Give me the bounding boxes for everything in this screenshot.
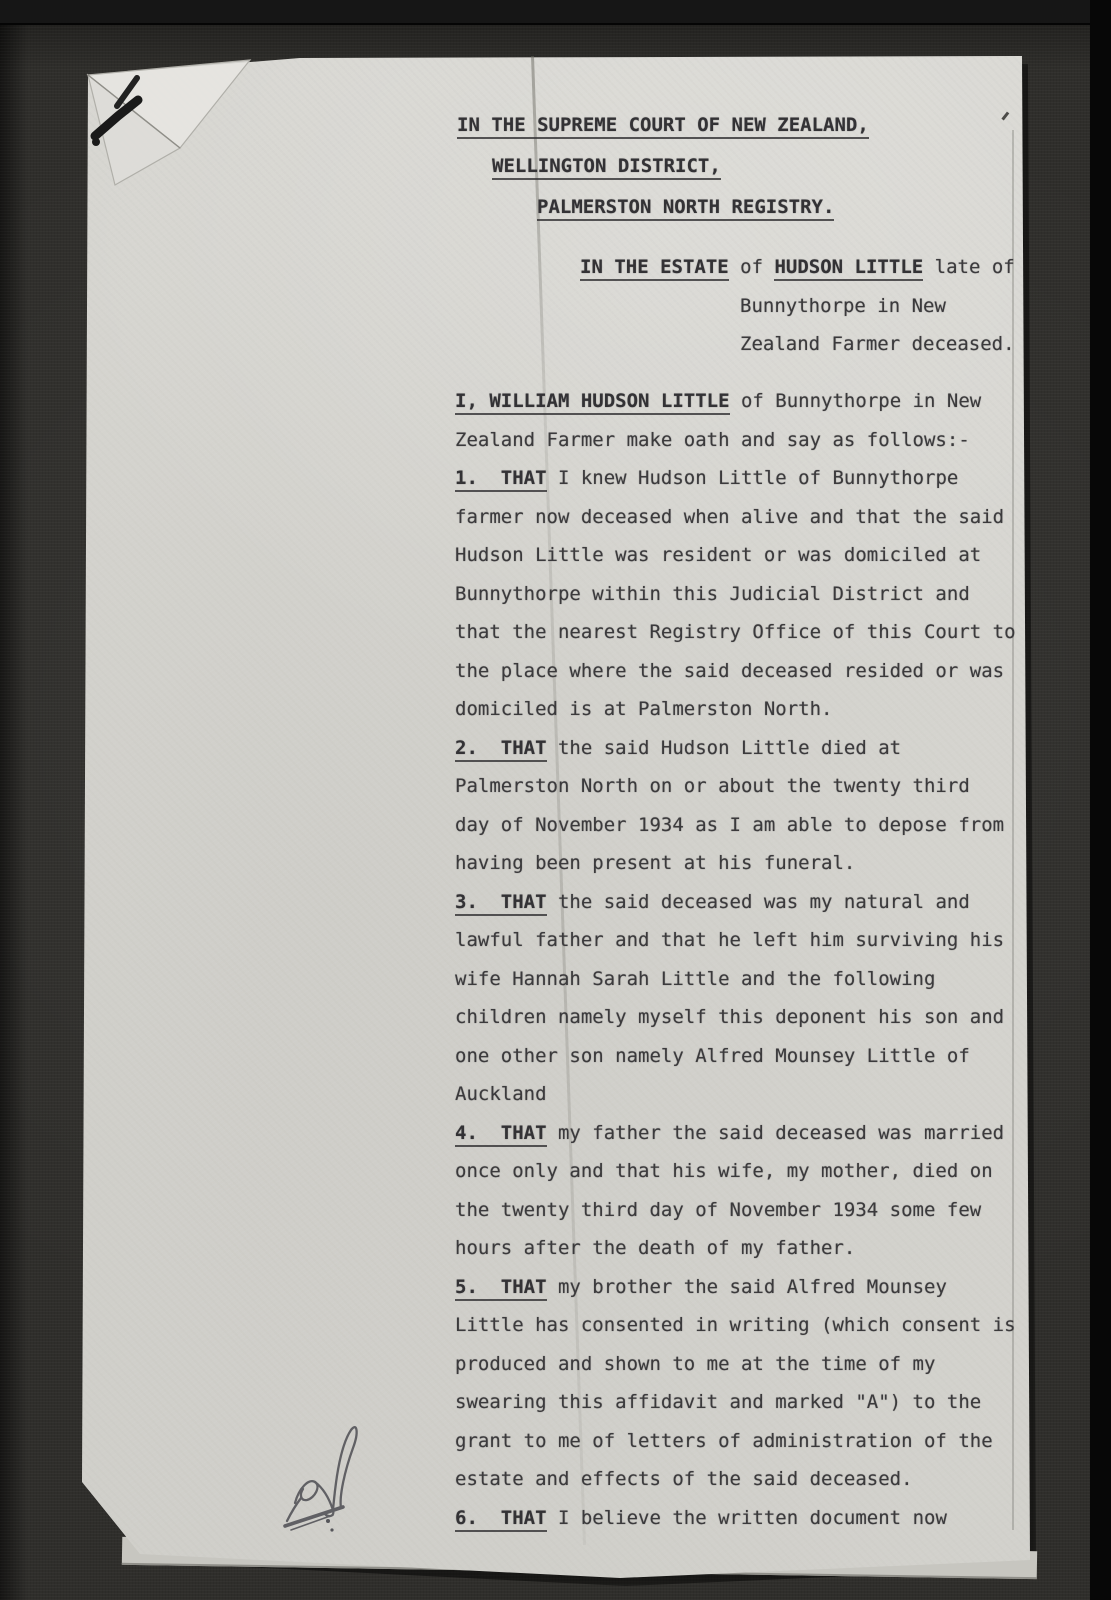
underlined-text: 2. THAT — [455, 737, 547, 762]
typed-line: having been present at his funeral. — [455, 844, 1016, 883]
underlined-text: I, WILLIAM HUDSON LITTLE — [455, 390, 730, 415]
typed-text: late of — [923, 256, 1015, 278]
typed-line: the twenty third day of November 1934 so… — [455, 1191, 1016, 1230]
underlined-text: IN THE ESTATE — [580, 256, 729, 281]
typed-line: domiciled is at Palmerston North. — [455, 690, 1016, 729]
typed-line: Zealand Farmer deceased. — [740, 325, 1015, 364]
underlined-text: 5. THAT — [455, 1276, 547, 1301]
typed-line: Bunnythorpe in New — [740, 287, 1015, 326]
typed-text: children namely myself this deponent his… — [455, 1006, 1004, 1028]
typed-text: of — [729, 256, 775, 278]
binding-top-band — [0, 0, 1111, 25]
typed-line: 5. THAT my brother the said Alfred Mouns… — [455, 1268, 1016, 1307]
typed-line: children namely myself this deponent his… — [455, 998, 1016, 1037]
underlined-text: 1. THAT — [455, 467, 547, 492]
court-header: IN THE SUPREME COURT OF NEW ZEALAND,WELL… — [457, 105, 869, 228]
typed-line: day of November 1934 as I am able to dep… — [455, 806, 1016, 845]
typed-text: Palmerston North on or about the twenty … — [455, 775, 970, 797]
typed-text: of Bunnythorpe in New — [730, 390, 982, 412]
typed-text: Hudson Little was resident or was domici… — [455, 544, 981, 566]
typed-text: once only and that his wife, my mother, … — [455, 1160, 993, 1182]
typed-line: hours after the death of my father. — [455, 1229, 1016, 1268]
typed-line: grant to me of letters of administration… — [455, 1422, 1016, 1461]
typed-line: Hudson Little was resident or was domici… — [455, 536, 1016, 575]
typed-line: one other son namely Alfred Mounsey Litt… — [455, 1037, 1016, 1076]
typed-line: WELLINGTON DISTRICT, — [492, 146, 869, 187]
typed-line: IN THE ESTATE of HUDSON LITTLE late of — [580, 248, 1015, 287]
typed-text: farmer now deceased when alive and that … — [455, 506, 1004, 528]
typed-text: grant to me of letters of administration… — [455, 1430, 993, 1452]
typed-text: estate and effects of the said deceased. — [455, 1468, 913, 1490]
typed-text: one other son namely Alfred Mounsey Litt… — [455, 1045, 970, 1067]
typed-line: that the nearest Registry Office of this… — [455, 613, 1016, 652]
typed-line: Little has consented in writing (which c… — [455, 1306, 1016, 1345]
typed-line: farmer now deceased when alive and that … — [455, 498, 1016, 537]
typed-text: Auckland — [455, 1083, 547, 1105]
typed-line: produced and shown to me at the time of … — [455, 1345, 1016, 1384]
typed-text: swearing this affidavit and marked "A") … — [455, 1391, 981, 1413]
typed-text: Bunnythorpe within this Judicial Distric… — [455, 583, 970, 605]
typed-text: wife Hannah Sarah Little and the followi… — [455, 968, 935, 990]
typed-text: Little has consented in writing (which c… — [455, 1314, 1016, 1336]
typed-text: produced and shown to me at the time of … — [455, 1353, 935, 1375]
typed-text: my father the said deceased was married — [547, 1122, 1005, 1144]
underlined-text: 3. THAT — [455, 891, 547, 916]
affidavit-body: I, WILLIAM HUDSON LITTLE of Bunnythorpe … — [455, 382, 1016, 1537]
typed-text: the twenty third day of November 1934 so… — [455, 1199, 981, 1221]
scanned-document-page: IN THE SUPREME COURT OF NEW ZEALAND,WELL… — [0, 0, 1111, 1600]
folded-corner-with-tape — [80, 50, 270, 200]
typed-line: IN THE SUPREME COURT OF NEW ZEALAND, — [457, 105, 869, 146]
typed-line: 1. THAT I knew Hudson Little of Bunnytho… — [455, 459, 1016, 498]
binding-right-strip — [1090, 0, 1111, 1600]
underlined-text: IN THE SUPREME COURT OF NEW ZEALAND, — [457, 114, 869, 139]
typed-text: the said deceased was my natural and — [547, 891, 970, 913]
underlined-text: PALMERSTON NORTH REGISTRY. — [537, 196, 834, 221]
typed-text: the place where the said deceased reside… — [455, 660, 1004, 682]
typed-line: 4. THAT my father the said deceased was … — [455, 1114, 1016, 1153]
underlined-text: WELLINGTON DISTRICT, — [492, 155, 721, 180]
typed-line: 6. THAT I believe the written document n… — [455, 1499, 1016, 1538]
underlined-text: 4. THAT — [455, 1122, 547, 1147]
typed-text: Bunnythorpe in New — [740, 295, 946, 317]
typed-line: wife Hannah Sarah Little and the followi… — [455, 960, 1016, 999]
typed-line: Bunnythorpe within this Judicial Distric… — [455, 575, 1016, 614]
typed-text: I knew Hudson Little of Bunnythorpe — [547, 467, 959, 489]
typed-text: hours after the death of my father. — [455, 1237, 855, 1259]
typed-line: Auckland — [455, 1075, 1016, 1114]
typed-line: lawful father and that he left him survi… — [455, 921, 1016, 960]
typed-text: day of November 1934 as I am able to dep… — [455, 814, 1004, 836]
typed-text: the said Hudson Little died at — [547, 737, 902, 759]
underlined-text: HUDSON LITTLE — [774, 256, 923, 281]
typed-line: swearing this affidavit and marked "A") … — [455, 1383, 1016, 1422]
typed-line: once only and that his wife, my mother, … — [455, 1152, 1016, 1191]
estate-block: IN THE ESTATE of HUDSON LITTLE late ofBu… — [580, 248, 1015, 364]
typed-text: my brother the said Alfred Mounsey — [547, 1276, 947, 1298]
typed-text: Zealand Farmer deceased. — [740, 333, 1015, 355]
typed-text: lawful father and that he left him survi… — [455, 929, 1004, 951]
typed-line: PALMERSTON NORTH REGISTRY. — [537, 187, 869, 228]
underlined-text: 6. THAT — [455, 1507, 547, 1532]
typed-text: that the nearest Registry Office of this… — [455, 621, 1016, 643]
typed-line: 2. THAT the said Hudson Little died at — [455, 729, 1016, 768]
typed-line: estate and effects of the said deceased. — [455, 1460, 1016, 1499]
typed-line: I, WILLIAM HUDSON LITTLE of Bunnythorpe … — [455, 382, 1016, 421]
typed-text: domiciled is at Palmerston North. — [455, 698, 833, 720]
typed-line: Zealand Farmer make oath and say as foll… — [455, 421, 1016, 460]
typed-line: Palmerston North on or about the twenty … — [455, 767, 1016, 806]
typed-text: I believe the written document now — [547, 1507, 947, 1529]
handwritten-initials — [275, 1418, 365, 1543]
typed-line: 3. THAT the said deceased was my natural… — [455, 883, 1016, 922]
typed-line: the place where the said deceased reside… — [455, 652, 1016, 691]
typed-text: having been present at his funeral. — [455, 852, 855, 874]
typed-text: Zealand Farmer make oath and say as foll… — [455, 429, 970, 451]
